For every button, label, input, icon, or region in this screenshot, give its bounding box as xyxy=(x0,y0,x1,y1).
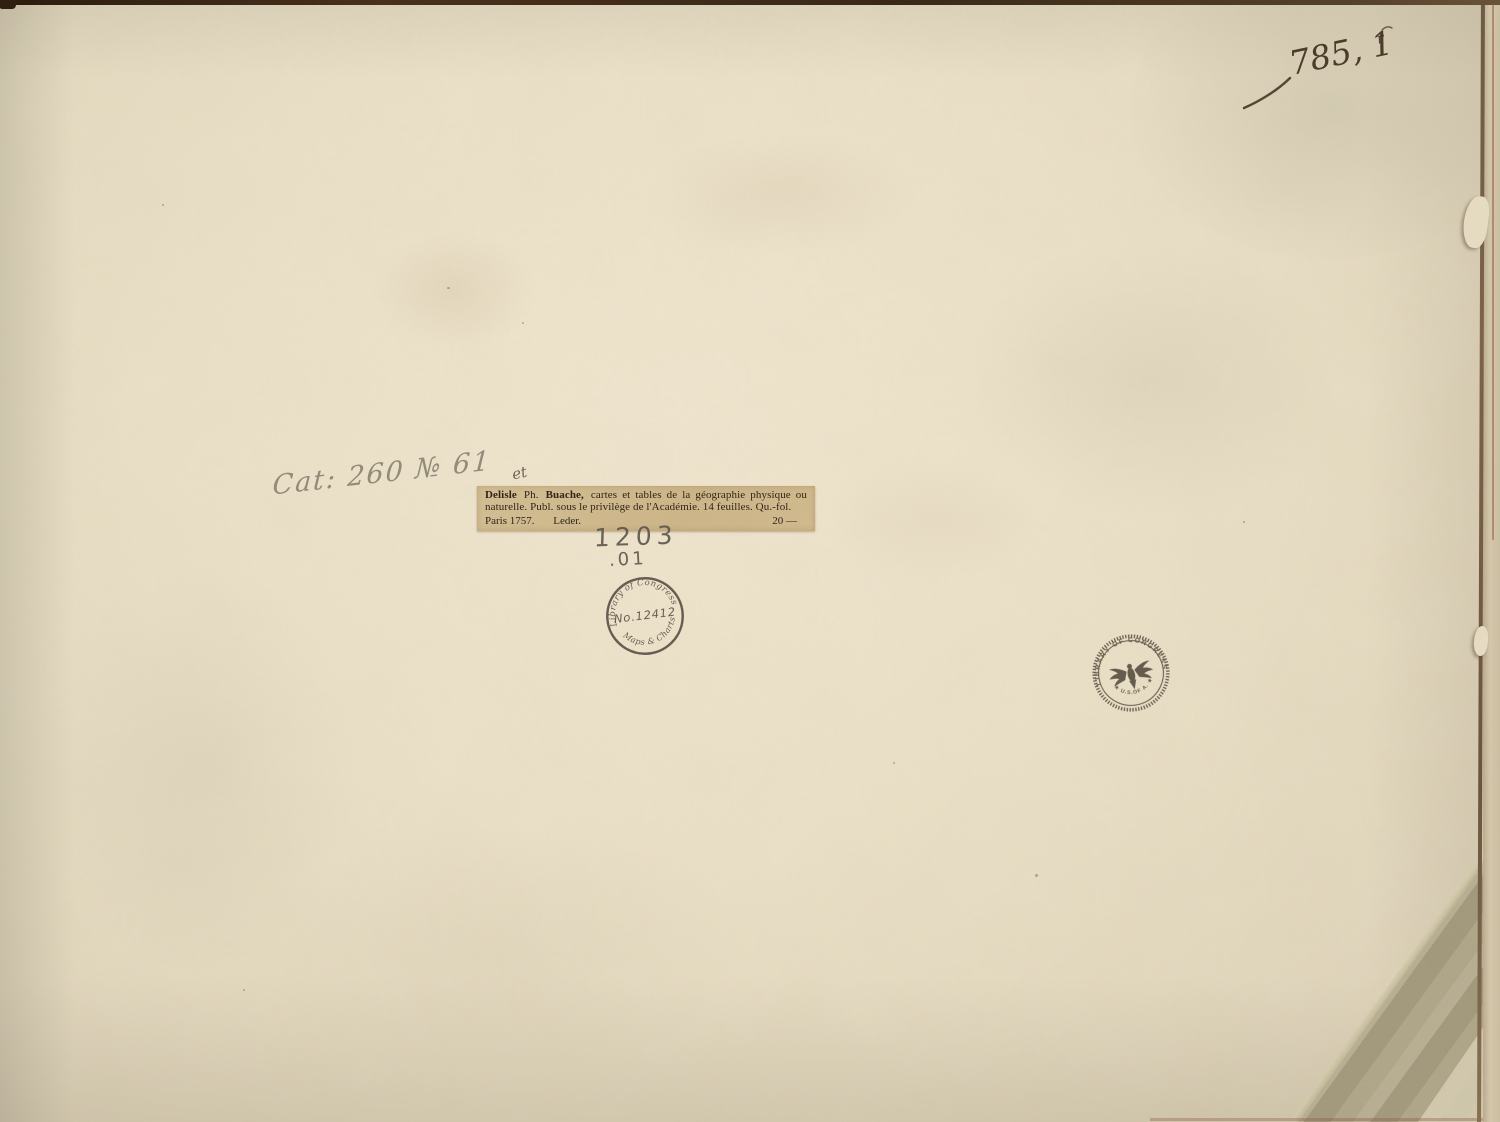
paper-speck xyxy=(1243,521,1245,523)
library-of-congress-eagle-seal: LIBRARY OF CONGRESS ★ U.S.OF A. ★ xyxy=(1091,633,1171,713)
paper-stain xyxy=(250,820,750,1080)
label-price: 20 — xyxy=(772,515,797,527)
label-imprint-binding: Leder. xyxy=(553,515,581,527)
paper-stain xyxy=(640,130,920,260)
catalog-label-text: Delisle Ph. Buache, cartes et tables de … xyxy=(485,489,807,514)
pencil-call-number-decimal: .01 xyxy=(608,548,647,571)
paper-stain xyxy=(820,450,1040,590)
pasted-catalog-label: Delisle Ph. Buache, cartes et tables de … xyxy=(477,486,815,531)
pencil-catalog-note: Cat: 260 № 61 xyxy=(272,445,492,501)
library-of-congress-round-stamp: Library of Congress Maps & Charts No.124… xyxy=(604,575,686,657)
paper-texture-overlay xyxy=(0,0,1500,1122)
scanned-page: 785, 1 r Cat: 260 № 61 et Delisle Ph. Bu… xyxy=(0,0,1500,1122)
label-imprint: Paris 1757. Leder. xyxy=(485,515,581,527)
top-binding-corner xyxy=(0,0,16,9)
label-author-sep: Ph. xyxy=(524,489,539,501)
paper-speck xyxy=(893,762,895,764)
paper-speck xyxy=(162,204,164,206)
edge-red-line xyxy=(1492,0,1494,540)
top-binding-strip xyxy=(0,0,1500,5)
label-author-delisle: Delisle xyxy=(485,489,517,501)
label-imprint-line: Paris 1757. Leder. 20 — xyxy=(485,515,807,527)
paper-speck xyxy=(522,322,524,324)
paper-stain xyxy=(40,560,360,980)
ink-annotation-785: 785, 1 r xyxy=(1230,8,1420,118)
ink-flourish-stroke xyxy=(1244,78,1290,108)
bottom-edge-line xyxy=(1150,1118,1484,1121)
pencil-et-note: et xyxy=(510,463,528,484)
label-imprint-city: Paris 1757. xyxy=(485,515,535,527)
paper-speck xyxy=(1035,874,1038,877)
paper-speck xyxy=(447,287,450,289)
label-author-buache: Buache, xyxy=(546,489,584,501)
page-vignette xyxy=(0,0,1500,1122)
paper-stain xyxy=(370,230,540,350)
paper-stain xyxy=(960,240,1340,520)
paper-speck xyxy=(243,989,245,991)
